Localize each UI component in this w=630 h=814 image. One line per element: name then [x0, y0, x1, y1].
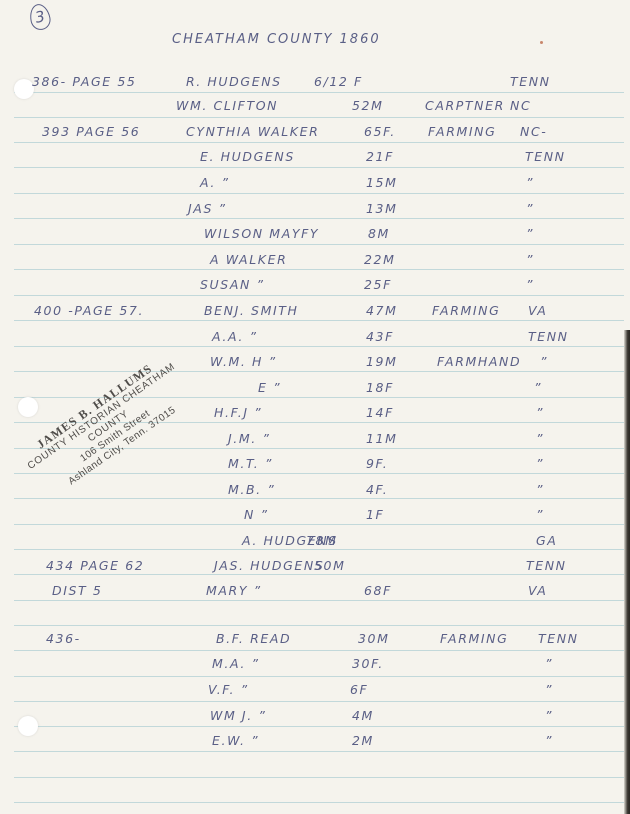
entry-age-sex: 52M: [352, 100, 384, 113]
entry-occupation: FARMING: [432, 305, 500, 318]
ruled-line: [14, 549, 624, 550]
entry-name: M.A. ”: [212, 658, 260, 671]
entry-name: A.A. ”: [212, 331, 258, 344]
entry-birthplace: NC: [510, 100, 531, 113]
entry-birthplace: TENN: [525, 151, 566, 164]
entry-birthplace: NC-: [520, 126, 547, 139]
entry-age-sex: 1F: [366, 509, 384, 522]
ruled-line: [14, 600, 624, 601]
entry-household-ref: 434 PAGE 62: [46, 560, 144, 573]
ink-dot: [540, 41, 543, 44]
ruled-line: [14, 193, 624, 194]
ruled-line: [14, 498, 624, 499]
ruled-line: [14, 625, 624, 626]
entry-name: JAS ”: [188, 203, 227, 216]
entry-birthplace: ”: [526, 279, 534, 292]
entry-age-sex: 65F.: [364, 126, 396, 139]
entry-name: MARY ”: [206, 585, 262, 598]
entry-age-sex: 14F: [366, 407, 394, 420]
entry-name: SUSAN ”: [200, 279, 265, 292]
binder-hole-middle: [18, 397, 38, 417]
entry-age-sex: 47M: [366, 305, 398, 318]
page-title: CHEATHAM COUNTY 1860: [172, 33, 381, 46]
entry-age-sex: 6/12 F: [314, 76, 363, 89]
ruled-line: [14, 167, 624, 168]
entry-birthplace: TENN: [528, 331, 569, 344]
entry-name: B.F. READ: [216, 633, 291, 646]
entry-age-sex: 11M: [366, 433, 398, 446]
ruled-line: [14, 92, 624, 93]
entry-household-ref: 386- PAGE 55: [32, 76, 136, 89]
ruled-line: [14, 524, 624, 525]
entry-birthplace: VA: [528, 305, 547, 318]
entry-name: WM. CLIFTON: [176, 100, 278, 113]
notebook-page: 3 CHEATHAM COUNTY 1860 JAMES B. HALLUMS …: [0, 0, 630, 814]
sheet-number: 3: [28, 2, 53, 32]
binder-hole-bottom: [18, 716, 38, 736]
ruled-line: [14, 295, 624, 296]
entry-household-ref: 436-: [46, 633, 81, 646]
entry-birthplace: ”: [540, 356, 548, 369]
entry-name: E.W. ”: [212, 735, 259, 748]
ruled-line: [14, 269, 624, 270]
entry-household-ref: 400 -PAGE 57.: [34, 305, 144, 318]
entry-age-sex: 43F: [366, 331, 394, 344]
entry-name: E. HUDGENS: [200, 151, 295, 164]
entry-name: CYNTHIA WALKER: [186, 126, 319, 139]
ruled-line: [14, 244, 624, 245]
entry-age-sex: 19M: [366, 356, 398, 369]
ruled-line: [14, 320, 624, 321]
entry-age-sex: 6F: [350, 684, 368, 697]
ruled-line: [14, 346, 624, 347]
entry-birthplace: ”: [534, 382, 542, 395]
entry-birthplace: TENN: [510, 76, 551, 89]
entry-age-sex: 9F.: [366, 458, 388, 471]
ruled-line: [14, 777, 624, 778]
entry-birthplace: ”: [545, 710, 553, 723]
ruled-line: [14, 701, 624, 702]
ruled-line: [14, 650, 624, 651]
entry-name: M.B. ”: [228, 484, 275, 497]
entry-name: J.M. ”: [228, 433, 270, 446]
entry-household-ref: DIST 5: [52, 585, 102, 598]
entry-name: R. HUDGENS: [186, 76, 282, 89]
entry-name: H.F.J ”: [214, 407, 262, 420]
ruled-line: [14, 218, 624, 219]
entry-age-sex: 30F.: [352, 658, 384, 671]
entry-birthplace: ”: [526, 228, 534, 241]
ruled-line: [14, 574, 624, 575]
entry-name: M.T. ”: [228, 458, 273, 471]
entry-age-sex: 8M: [368, 228, 390, 241]
entry-name: E ”: [258, 382, 281, 395]
entry-age-sex: 13M: [366, 203, 398, 216]
entry-birthplace: ”: [536, 433, 544, 446]
ruled-line: [14, 802, 624, 803]
entry-age-sex: 15M: [366, 177, 398, 190]
entry-age-sex: 21F: [366, 151, 394, 164]
entry-birthplace: TENN: [526, 560, 567, 573]
entry-birthplace: ”: [526, 203, 534, 216]
entry-name: N ”: [244, 509, 269, 522]
ruled-line: [14, 676, 624, 677]
ruled-line: [14, 117, 624, 118]
entry-birthplace: ”: [536, 458, 544, 471]
entry-birthplace: ”: [536, 484, 544, 497]
ruled-line: [14, 371, 624, 372]
entry-name: W.M. H ”: [210, 356, 277, 369]
entry-occupation: FARMHAND: [437, 356, 521, 369]
entry-age-sex: 25F: [364, 279, 392, 292]
entry-birthplace: ”: [545, 735, 553, 748]
entry-name: WM J. ”: [210, 710, 266, 723]
entry-occupation: FARMING: [440, 633, 508, 646]
entry-birthplace: ”: [545, 684, 553, 697]
entry-name: A WALKER: [210, 254, 287, 267]
entry-name: WILSON MAYFY: [204, 228, 319, 241]
ruled-line: [14, 751, 624, 752]
entry-occupation: CARPTNER: [425, 100, 505, 113]
ruled-line: [14, 142, 624, 143]
entry-birthplace: ”: [526, 177, 534, 190]
page-edge-shadow: [624, 330, 630, 814]
entry-age-sex: 50M: [314, 560, 346, 573]
entry-occupation: FARMING: [428, 126, 496, 139]
entry-name: V.F. ”: [208, 684, 249, 697]
entry-birthplace: ”: [526, 254, 534, 267]
entry-age-sex: 4F.: [366, 484, 388, 497]
entry-name: BENJ. SMITH: [204, 305, 299, 318]
entry-birthplace: TENN: [538, 633, 579, 646]
entry-age-sex: 78M: [306, 535, 338, 548]
entry-birthplace: ”: [545, 658, 553, 671]
entry-name: A. ”: [200, 177, 230, 190]
binder-hole-top: [14, 79, 34, 99]
entry-age-sex: 22M: [364, 254, 396, 267]
entry-age-sex: 2M: [352, 735, 374, 748]
entry-birthplace: GA: [536, 535, 557, 548]
entry-birthplace: VA: [528, 585, 547, 598]
ruled-line: [14, 473, 624, 474]
entry-household-ref: 393 PAGE 56: [42, 126, 140, 139]
ruled-line: [14, 726, 624, 727]
entry-birthplace: ”: [536, 509, 544, 522]
entry-age-sex: 4M: [352, 710, 374, 723]
entry-age-sex: 18F: [366, 382, 394, 395]
entry-birthplace: ”: [536, 407, 544, 420]
entry-name: JAS. HUDGENS: [214, 560, 324, 573]
entry-age-sex: 68F: [364, 585, 392, 598]
entry-age-sex: 30M: [358, 633, 390, 646]
historian-stamp: JAMES B. HALLUMS COUNTY HISTORIAN CHEATH…: [8, 343, 207, 508]
